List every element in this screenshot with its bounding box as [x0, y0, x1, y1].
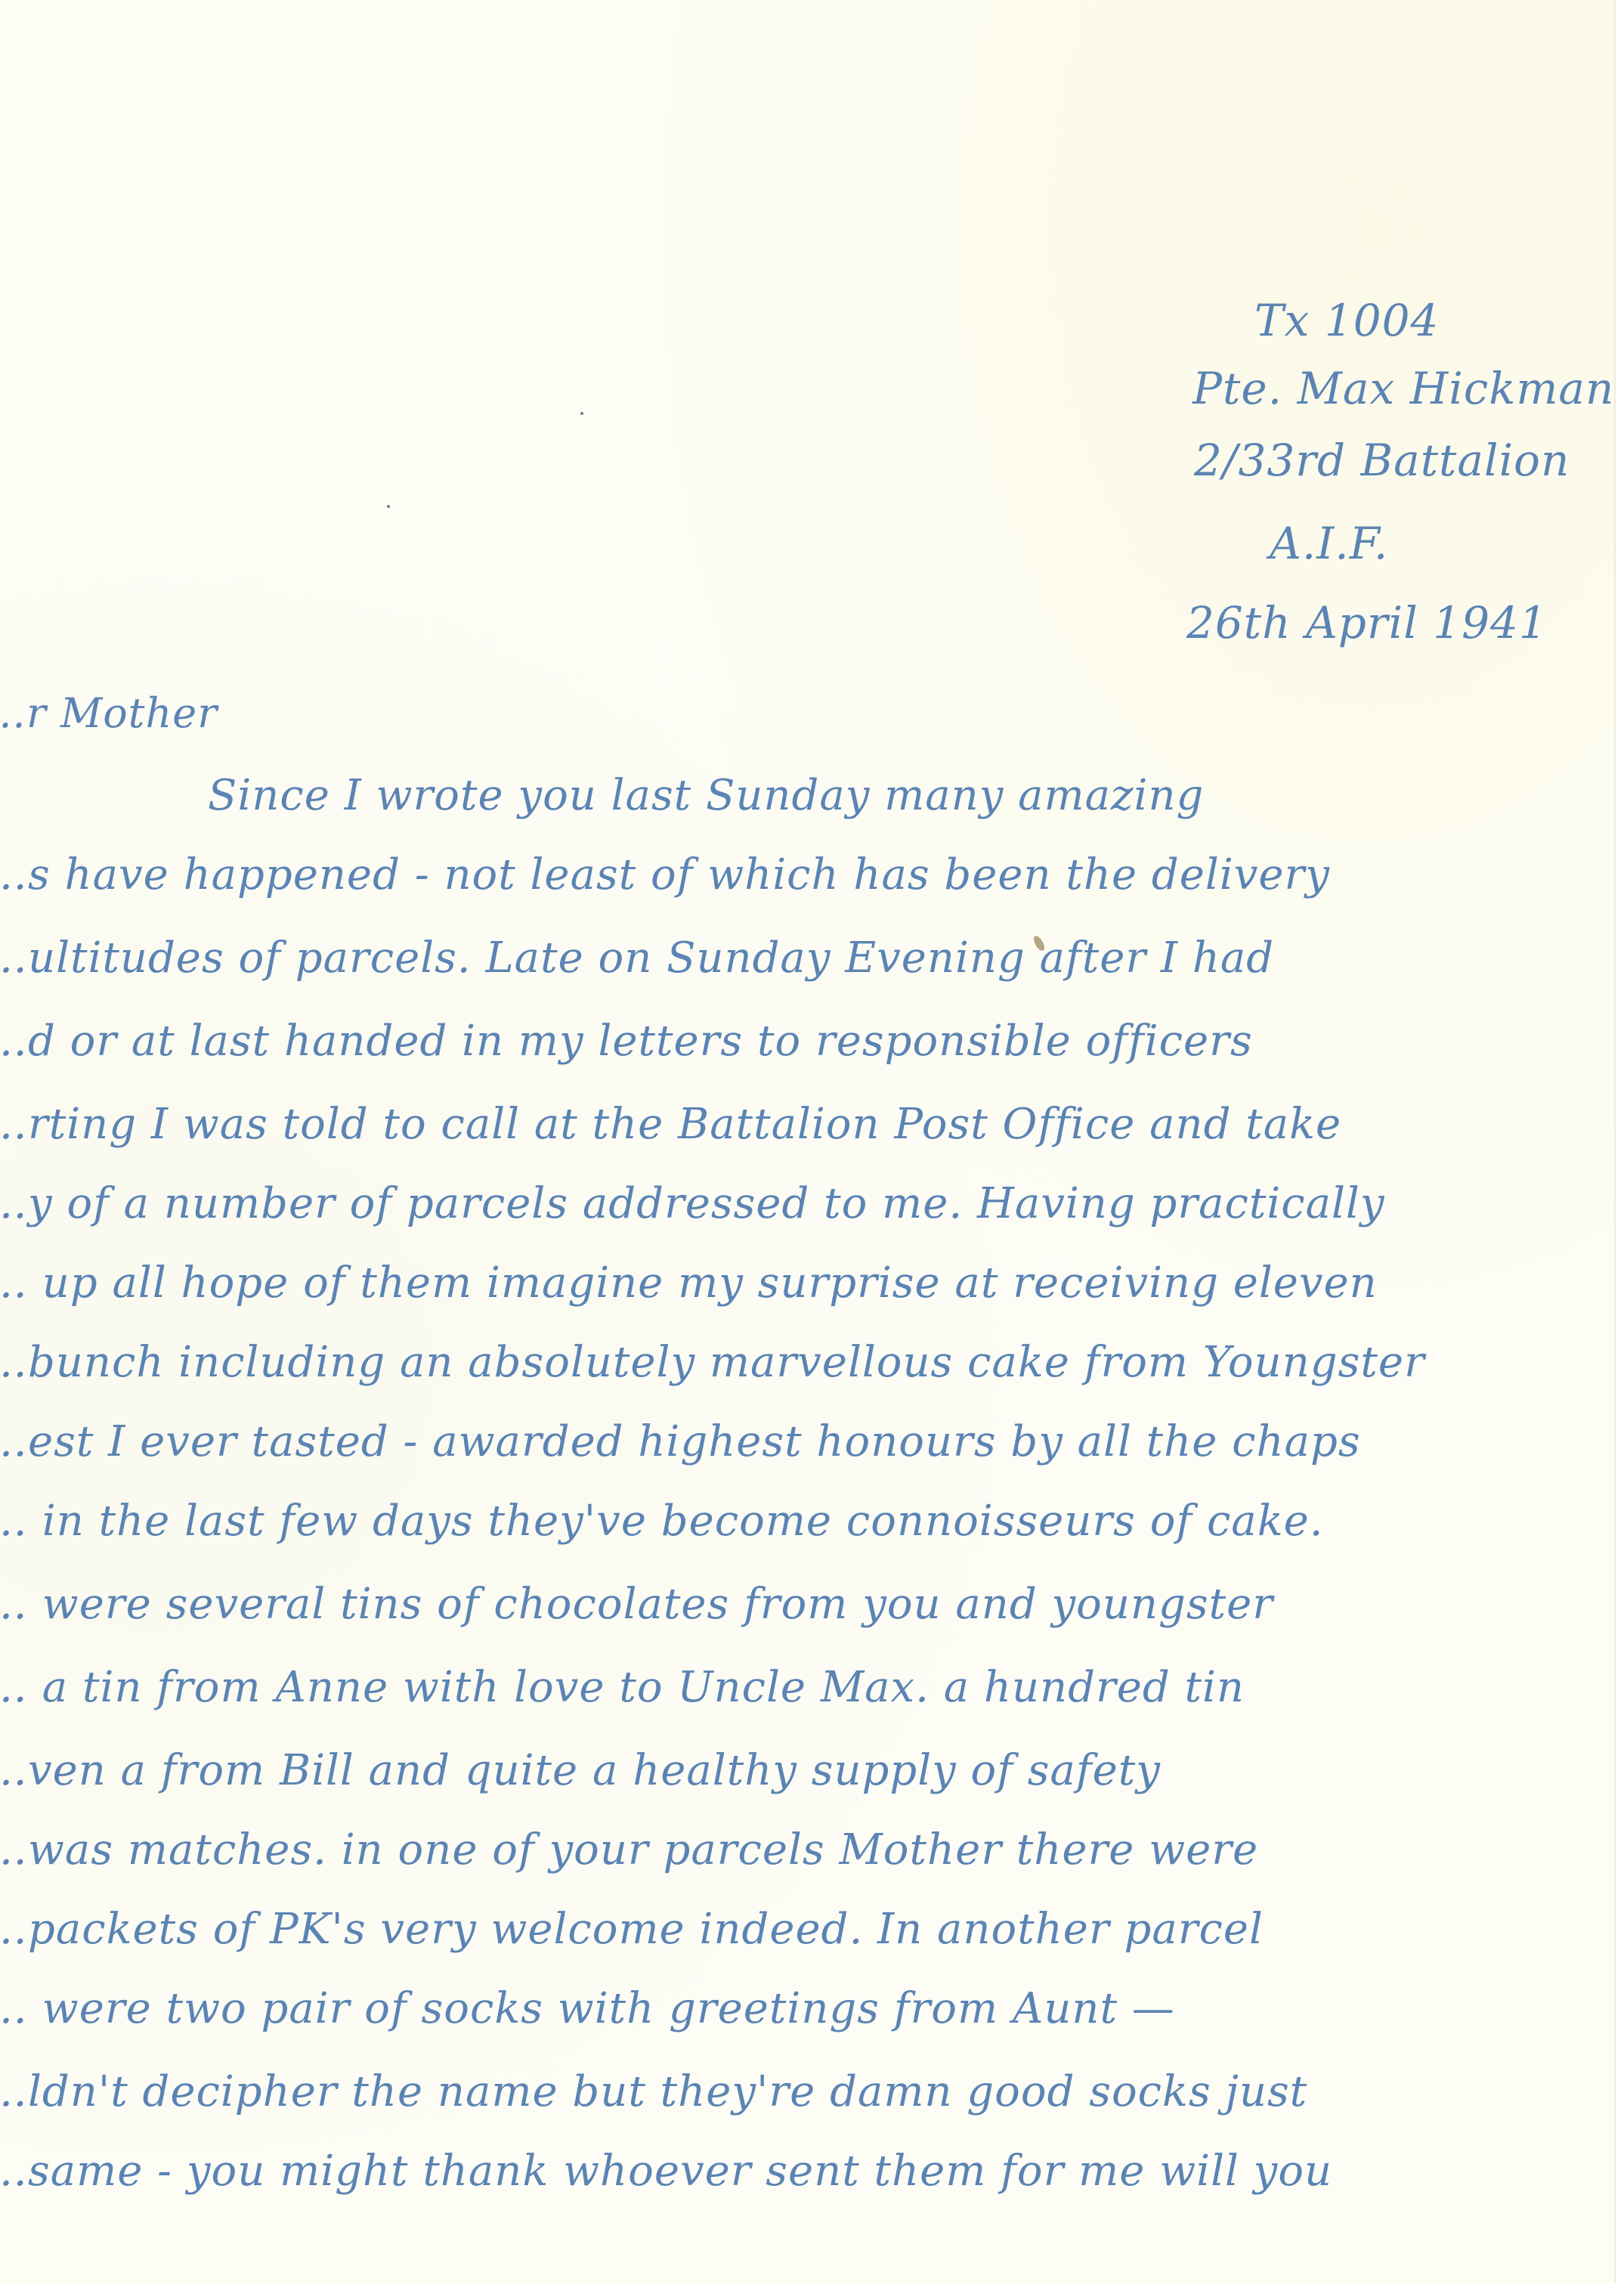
- service-number: Tx 1004: [1254, 299, 1439, 342]
- body-line: …d or at last handed in my letters to re…: [0, 1020, 1253, 1063]
- body-line: …same - you might thank whoever sent the…: [0, 2150, 1332, 2193]
- body-line: … were several tins of chocolates from y…: [0, 1584, 1273, 1626]
- body-line: … up all hope of them imagine my surpris…: [0, 1262, 1378, 1305]
- paper-speck: [580, 412, 583, 415]
- sender-unit: 2/33rd Battalion: [1194, 438, 1570, 482]
- body-line: …rting I was told to call at the Battali…: [0, 1104, 1341, 1146]
- body-line: …ldn't decipher the name but they're dam…: [0, 2071, 1307, 2113]
- sender-force: A.I.F.: [1270, 522, 1388, 565]
- body-line: Since I wrote you last Sunday many amazi…: [208, 775, 1204, 817]
- body-line: … in the last few days they've become co…: [0, 1500, 1324, 1543]
- body-line: …s have happened - not least of which ha…: [0, 854, 1330, 896]
- body-line: … were two pair of socks with greetings …: [0, 1988, 1175, 2030]
- body-line: …est I ever tasted - awarded highest hon…: [0, 1421, 1361, 1463]
- letter-date: 26th April 1941: [1186, 601, 1548, 645]
- paper-speck: [387, 505, 390, 508]
- body-line: … a tin from Anne with love to Uncle Max…: [0, 1667, 1245, 1709]
- sender-name: Pte. Max Hickman: [1192, 367, 1614, 410]
- body-line: …was matches. in one of your parcels Mot…: [0, 1829, 1258, 1871]
- letter-page: Tx 1004 Pte. Max Hickman 2/33rd Battalio…: [0, 0, 1616, 2283]
- body-line: …ven a from Bill and quite a healthy sup…: [0, 1750, 1161, 1792]
- body-line: …ultitudes of parcels. Late on Sunday Ev…: [0, 937, 1274, 980]
- body-line: …packets of PK's very welcome indeed. In…: [0, 1909, 1264, 1951]
- body-line: …y of a number of parcels addressed to m…: [0, 1183, 1384, 1225]
- salutation: …r Mother: [0, 689, 218, 737]
- body-line: …bunch including an absolutely marvellou…: [0, 1342, 1425, 1384]
